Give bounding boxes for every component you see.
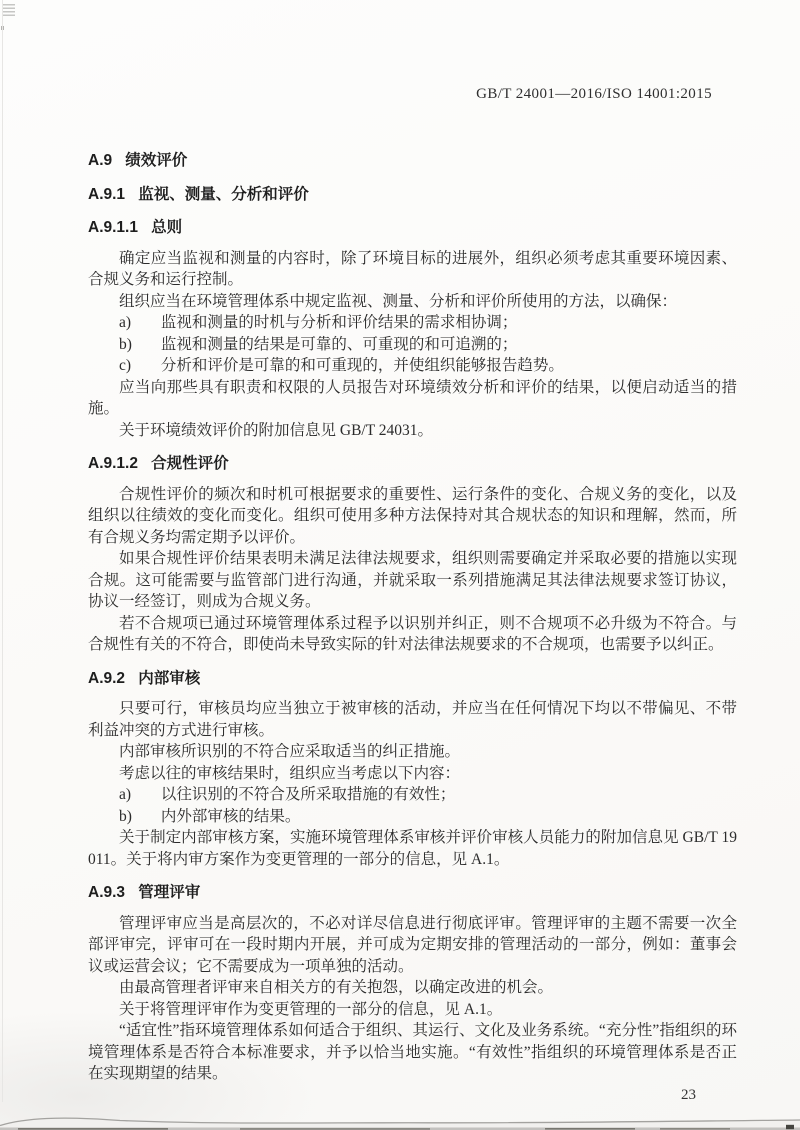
scan-left-edge-line bbox=[2, 0, 3, 1102]
section-heading-a93: A.9.3管理评审 bbox=[88, 882, 737, 904]
scanned-document-page: { "colors": { "paper": "#fbfaf8", "ink":… bbox=[0, 0, 800, 1130]
list-item: b)内外部审核的结果。 bbox=[88, 806, 737, 828]
heading-title: 内部审核 bbox=[138, 670, 200, 687]
paragraph: 考虑以往的审核结果时，组织应当考虑以下内容： bbox=[88, 763, 737, 785]
list-marker: a) bbox=[119, 784, 161, 806]
paragraph: “适宜性”指环境管理体系如何适合于组织、其运行、文化及业务系统。“充分性”指组织… bbox=[88, 1020, 737, 1085]
page: GB/T 24001—2016/ISO 14001:2015 A.9绩效评价 A… bbox=[0, 0, 800, 1130]
paragraph: 只要可行，审核员均应当独立于被审核的活动，并应当在任何情况下均以不带偏见、不带利… bbox=[88, 698, 737, 741]
heading-number: A.9.1.1 bbox=[88, 219, 138, 236]
heading-number: A.9.1.2 bbox=[88, 455, 138, 472]
list-item-text: 内外部审核的结果。 bbox=[161, 808, 301, 825]
document-body: A.9绩效评价 A.9.1监视、测量、分析和评价 A.9.1.1总则 确定应当监… bbox=[88, 150, 737, 1085]
paragraph: 合规性评价的频次和时机可根据要求的重要性、运行条件的变化、合规义务的变化，以及组… bbox=[88, 484, 737, 549]
heading-title: 合规性评价 bbox=[151, 455, 229, 472]
list-item: a)以往识别的不符合及所采取措施的有效性； bbox=[88, 784, 737, 806]
paragraph: 管理评审应当是高层次的，不必对详尽信息进行彻底评审。管理评审的主题不需要一次全部… bbox=[88, 913, 737, 978]
list-item-text: 分析和评价是可靠的和可重现的，并使组织能够报告趋势。 bbox=[161, 357, 564, 374]
paragraph: 如果合规性评价结果表明未满足法律法规要求，组织则需要确定并采取必要的措施以实现合… bbox=[88, 548, 737, 613]
section-heading-a9: A.9绩效评价 bbox=[88, 150, 737, 172]
heading-number: A.9 bbox=[88, 152, 112, 169]
list-marker: b) bbox=[119, 334, 161, 356]
heading-number: A.9.3 bbox=[88, 884, 125, 901]
paragraph: 组织应当在环境管理体系中规定监视、测量、分析和评价所使用的方法，以确保： bbox=[88, 291, 737, 313]
list-marker: c) bbox=[119, 355, 161, 377]
list-item-text: 以往识别的不符合及所采取措施的有效性； bbox=[161, 786, 456, 803]
paragraph: 应当向那些具有职责和权限的人员报告对环境绩效分析和评价的结果，以便启动适当的措施… bbox=[88, 377, 737, 420]
paragraph: 由最高管理者评审来自相关方的有关抱怨，以确定改进的机会。 bbox=[88, 977, 737, 999]
paragraph: 若不合规项已通过环境管理体系过程予以识别并纠正，则不合规项不必升级为不符合。与合… bbox=[88, 613, 737, 656]
heading-number: A.9.1 bbox=[88, 186, 125, 203]
list-item: b)监视和测量的结果是可靠的、可重现的和可追溯的； bbox=[88, 334, 737, 356]
list-item: a)监视和测量的时机与分析和评价结果的需求相协调； bbox=[88, 312, 737, 334]
section-heading-a912: A.9.1.2合规性评价 bbox=[88, 453, 737, 475]
paragraph: 内部审核所识别的不符合应采取适当的纠正措施。 bbox=[88, 741, 737, 763]
section-heading-a92: A.9.2内部审核 bbox=[88, 668, 737, 690]
paragraph: 关于将管理评审作为变更管理的一部分的信息，见 A.1。 bbox=[88, 999, 737, 1021]
heading-title: 总则 bbox=[151, 219, 182, 236]
paragraph: 关于制定内部审核方案，实施环境管理体系审核并评价审核人员能力的附加信息见 GB/… bbox=[88, 827, 737, 870]
heading-number: A.9.2 bbox=[88, 670, 125, 687]
list-marker: a) bbox=[119, 312, 161, 334]
heading-title: 监视、测量、分析和评价 bbox=[138, 186, 309, 203]
doc-code: GB/T 24001—2016/ISO 14001:2015 bbox=[88, 86, 737, 103]
scan-bottom-page-edge bbox=[0, 1096, 800, 1130]
list-marker: b) bbox=[119, 806, 161, 828]
section-heading-a911: A.9.1.1总则 bbox=[88, 217, 737, 239]
paragraph: 确定应当监视和测量的内容时，除了环境目标的进展外，组织必须考虑其重要环境因素、合… bbox=[88, 248, 737, 291]
list-item: c)分析和评价是可靠的和可重现的，并使组织能够报告趋势。 bbox=[88, 355, 737, 377]
list-item-text: 监视和测量的结果是可靠的、可重现的和可追溯的； bbox=[161, 336, 518, 353]
section-heading-a91: A.9.1监视、测量、分析和评价 bbox=[88, 184, 737, 206]
list-item-text: 监视和测量的时机与分析和评价结果的需求相协调； bbox=[161, 314, 518, 331]
heading-title: 绩效评价 bbox=[125, 152, 187, 169]
heading-title: 管理评审 bbox=[138, 884, 200, 901]
paragraph: 关于环境绩效评价的附加信息见 GB/T 24031。 bbox=[88, 420, 737, 442]
scan-smudge-top-left bbox=[2, 4, 15, 18]
